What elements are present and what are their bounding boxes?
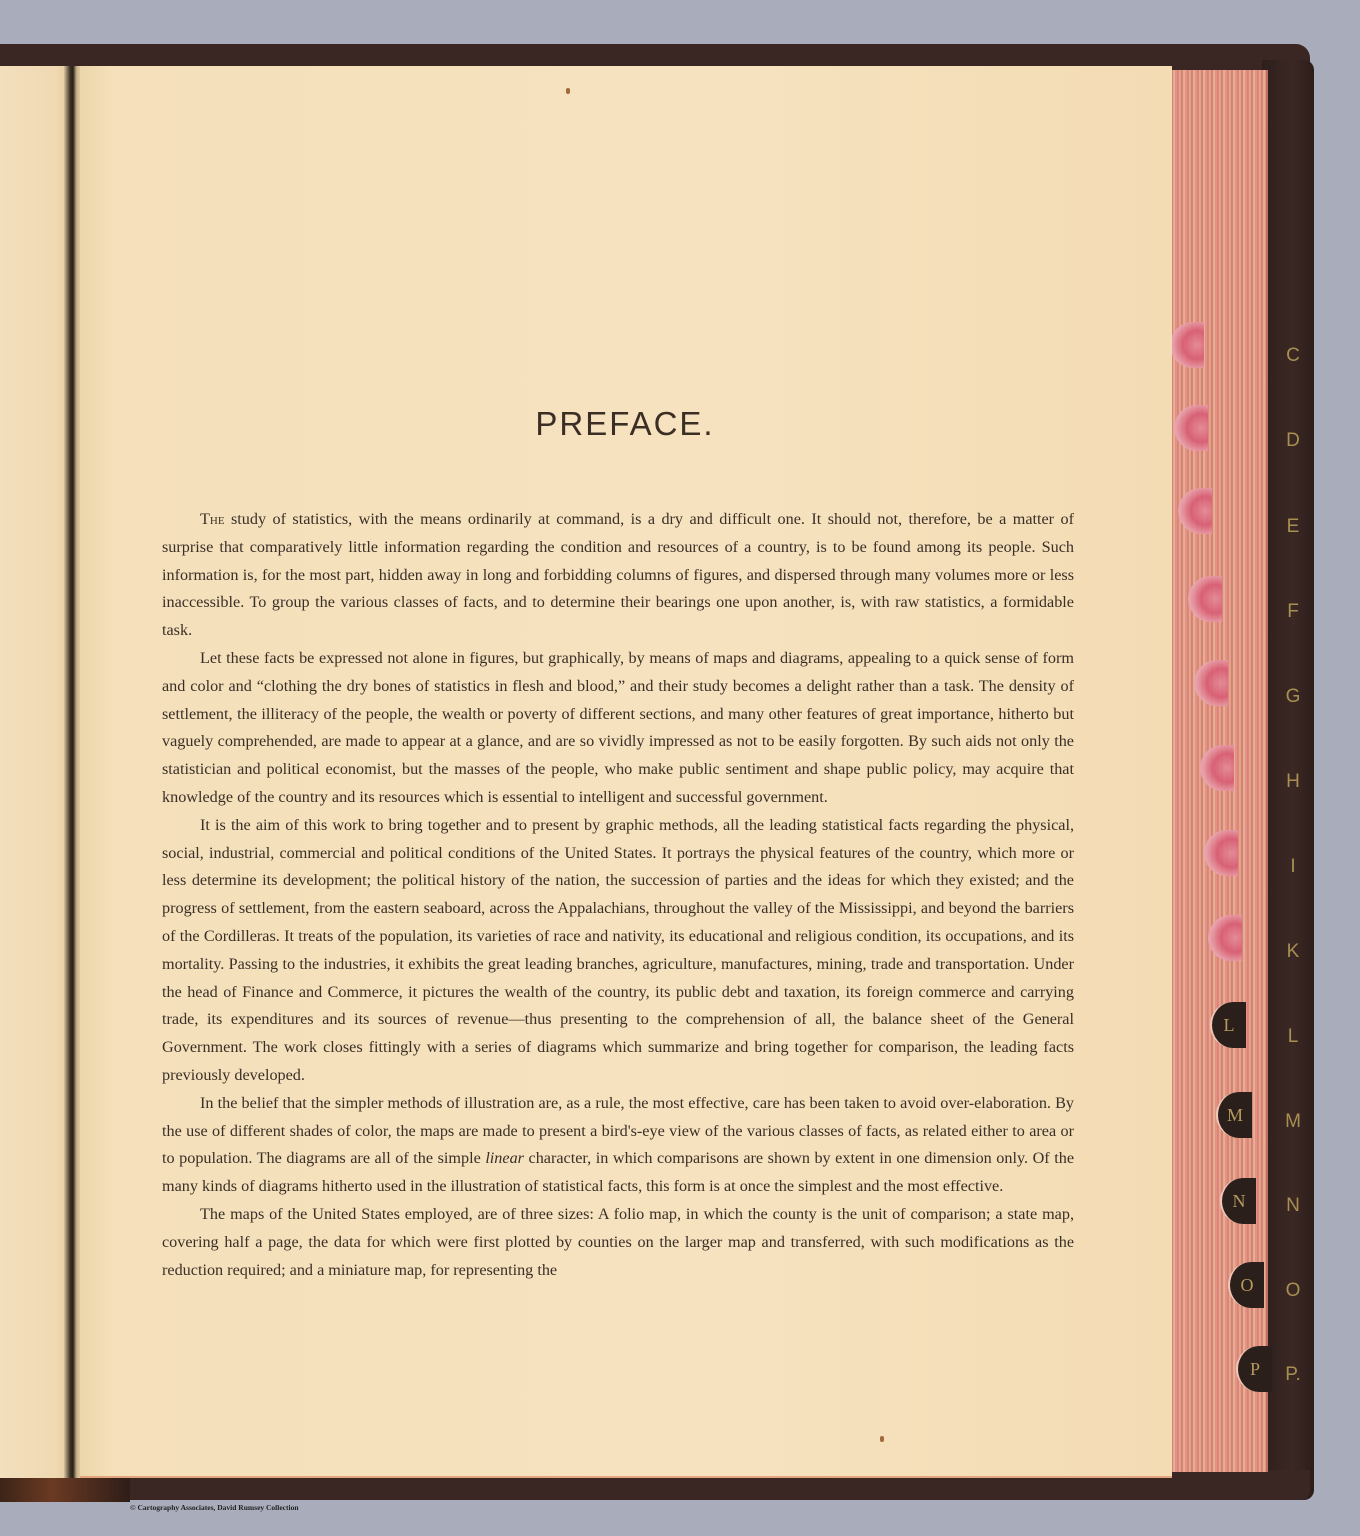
marbled-thumb-tab	[1178, 488, 1212, 534]
paragraph-2: Let these facts be expressed not alone i…	[162, 645, 1074, 812]
spine-letter: L	[1283, 1026, 1303, 1048]
spine-letter: D	[1283, 430, 1303, 452]
spine-letter: I	[1283, 856, 1303, 878]
spine-letter: O	[1283, 1280, 1303, 1302]
marbled-thumb-tab	[1170, 322, 1204, 368]
index-thumb-tab-m[interactable]: M	[1216, 1092, 1252, 1138]
preface-body: The study of statistics, with the means …	[162, 506, 1074, 1284]
copyright-credit: © Cartography Associates, David Rumsey C…	[130, 1503, 299, 1512]
paragraph-3: It is the aim of this work to bring toge…	[162, 812, 1074, 1090]
spine-letter: H	[1283, 771, 1303, 793]
marbled-thumb-tab	[1188, 576, 1222, 622]
spine-letter: E	[1283, 516, 1303, 538]
spine-letter: G	[1283, 686, 1303, 708]
foxing-spot	[880, 1436, 884, 1442]
spine-letter: N	[1283, 1195, 1303, 1217]
marbled-thumb-tab	[1194, 660, 1228, 706]
spine-letter: P.	[1283, 1364, 1303, 1386]
marbled-thumb-tab	[1204, 830, 1238, 876]
index-thumb-tab-n[interactable]: N	[1220, 1178, 1256, 1224]
page-title: PREFACE.	[0, 405, 1250, 443]
paragraph-5: The maps of the United States employed, …	[162, 1201, 1074, 1284]
page-fore-edge: L M N O P	[1166, 70, 1268, 1472]
drop-lead-word: The	[200, 510, 225, 528]
thumb-tab-letter: O	[1241, 1275, 1254, 1296]
paragraph-4: In the belief that the simpler methods o…	[162, 1090, 1074, 1201]
spine-letter: F	[1283, 601, 1303, 623]
marbled-thumb-tab	[1208, 915, 1242, 961]
foxing-spot	[566, 88, 570, 94]
thumb-tab-letter: L	[1224, 1015, 1235, 1036]
spine-letter: C	[1283, 345, 1303, 367]
index-thumb-tab-l[interactable]: L	[1210, 1002, 1246, 1048]
spine-letter: M	[1283, 1111, 1303, 1133]
italic-term: linear	[485, 1149, 524, 1167]
paragraph-1: The study of statistics, with the means …	[162, 506, 1074, 645]
marbled-thumb-tab	[1200, 745, 1234, 791]
book-cover-left-corner	[0, 1478, 130, 1502]
thumb-tab-letter: N	[1233, 1191, 1246, 1212]
left-page	[0, 66, 70, 1478]
index-thumb-tab-o[interactable]: O	[1228, 1262, 1264, 1308]
thumb-tab-letter: P	[1250, 1359, 1260, 1380]
thumb-tab-letter: M	[1227, 1105, 1243, 1126]
index-thumb-tab-p[interactable]: P	[1236, 1346, 1272, 1392]
spine-letter: K	[1283, 941, 1303, 963]
paragraph-text: study of statistics, with the means ordi…	[162, 510, 1074, 639]
